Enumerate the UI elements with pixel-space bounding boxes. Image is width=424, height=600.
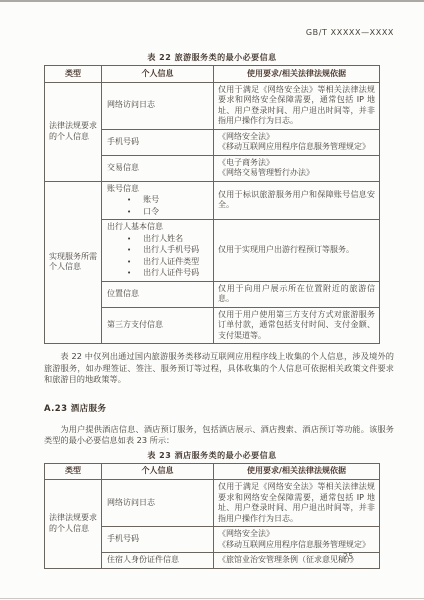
type-cell: 法律法规要求的个人信息 — [45, 82, 102, 181]
requirement-cell: 仅用于实现用户出游行程预订等服务。 — [214, 220, 380, 282]
requirement-cell: 仅用于向用户展示所在位置附近的旅游信息。 — [214, 281, 380, 307]
info-label: 位置信息 — [107, 289, 210, 300]
info-cell: 住宿人身份证件信息 — [102, 553, 214, 569]
info-label: 账号信息 — [107, 184, 210, 195]
requirement-cell: 《电子商务法》 《网络交易管理暂行办法》 — [214, 155, 380, 181]
column-header-personal-info: 个人信息 — [102, 66, 214, 83]
info-cell: 交易信息 — [102, 155, 214, 181]
page-top-rule — [0, 0, 424, 2]
bullet-label: 账号 — [143, 195, 159, 206]
type-cell: 法律法规要求的个人信息 — [45, 480, 102, 569]
info-label: 交易信息 — [107, 163, 210, 174]
table-22-header-row: 类型 个人信息 使用要求/相关法律法规依据 — [45, 66, 380, 83]
bullet-icon: • — [127, 257, 131, 268]
bullet-icon: • — [127, 207, 131, 218]
info-label: 网络访问日志 — [107, 498, 210, 509]
bullet-icon: • — [127, 234, 131, 245]
info-cell: 网络访问日志 — [102, 82, 214, 129]
column-header-requirement: 使用要求/相关法律法规依据 — [214, 66, 380, 83]
info-cell: 手机号码 — [102, 527, 214, 553]
bullet-label: 出行人证件类型 — [143, 257, 199, 268]
info-cell: 第三方支付信息 — [102, 307, 214, 344]
requirement-cell: 仅用于满足《网络安全法》等相关法律法规要求和网络安全保障需要，通常包括 IP 地… — [214, 480, 380, 527]
requirement-cell: 仅用于用户使用第三方支付方式对旅游服务订单付款，通常包括支付时间、支付金额、支付… — [214, 307, 380, 344]
bullet-label: 口令 — [143, 207, 159, 218]
info-cell: 位置信息 — [102, 281, 214, 307]
bullet-icon: • — [127, 245, 131, 256]
info-label: 手机号码 — [107, 137, 210, 148]
section-intro: 为用户提供酒店信息、酒店预订服务，包括酒店展示、酒店搜索、酒店预订等功能。该服务… — [44, 424, 394, 447]
table-22-note: 表 22 中仅列出通过国内旅游服务类移动互联网应用程序线上收集的个人信息，涉及境… — [44, 351, 394, 386]
info-cell: 手机号码 — [102, 129, 214, 155]
info-label: 手机号码 — [107, 534, 210, 545]
page-bottom-rule — [0, 598, 424, 599]
info-cell: 账号信息 •账号 •口令 — [102, 181, 214, 220]
column-header-personal-info: 个人信息 — [102, 463, 214, 480]
requirement-cell: 《网络安全法》 《移动互联网应用程序信息服务管理规定》 — [214, 129, 380, 155]
table-22-caption: 表 22 旅游服务类的最小必要信息 — [0, 52, 424, 63]
bullet-item: •出行人证件类型 — [107, 257, 210, 268]
table-23: 类型 个人信息 使用要求/相关法律法规依据 法律法规要求的个人信息 网络访问日志… — [44, 463, 380, 569]
bullet-label: 出行人姓名 — [143, 234, 183, 245]
document-page: GB/T XXXXX—XXXX 表 22 旅游服务类的最小必要信息 类型 个人信… — [0, 0, 424, 600]
info-cell: 网络访问日志 — [102, 480, 214, 527]
info-label: 出行人基本信息 — [107, 222, 210, 233]
info-label: 网络访问日志 — [107, 100, 210, 111]
bullet-item: •账号 — [107, 195, 210, 206]
requirement-cell: 仅用于标识旅游服务用户和保障账号信息安全。 — [214, 181, 380, 220]
bullet-icon: • — [127, 268, 131, 279]
table-row: 法律法规要求的个人信息 网络访问日志 仅用于满足《网络安全法》等相关法律法规要求… — [45, 82, 380, 129]
table-22: 类型 个人信息 使用要求/相关法律法规依据 法律法规要求的个人信息 网络访问日志… — [44, 65, 380, 344]
requirement-cell: 《旅馆业治安管理条例（征求意见稿）》 — [214, 553, 380, 569]
table-23-header-row: 类型 个人信息 使用要求/相关法律法规依据 — [45, 463, 380, 480]
column-header-requirement: 使用要求/相关法律法规依据 — [214, 463, 380, 480]
bullet-item: •口令 — [107, 207, 210, 218]
info-label: 住宿人身份证件信息 — [107, 555, 210, 566]
table-row: 法律法规要求的个人信息 网络访问日志 仅用于满足《网络安全法》等相关法律法规要求… — [45, 480, 380, 527]
column-header-type: 类型 — [45, 66, 102, 83]
bullet-label: 出行人手机号码 — [143, 245, 199, 256]
column-header-type: 类型 — [45, 463, 102, 480]
bullet-label: 出行人证件号码 — [143, 268, 199, 279]
page-number: 25 — [343, 552, 353, 561]
info-cell: 出行人基本信息 •出行人姓名 •出行人手机号码 •出行人证件类型 •出行人证件号… — [102, 220, 214, 282]
requirement-cell: 仅用于满足《网络安全法》等相关法律法规要求和网络安全保障需要，通常包括 IP 地… — [214, 82, 380, 129]
standard-number-header: GB/T XXXXX—XXXX — [306, 28, 394, 37]
page-content: 表 22 旅游服务类的最小必要信息 类型 个人信息 使用要求/相关法律法规依据 … — [0, 0, 424, 569]
table-23-caption: 表 23 酒店服务类的最小必要信息 — [0, 450, 424, 461]
bullet-item: •出行人证件号码 — [107, 268, 210, 279]
bullet-item: •出行人手机号码 — [107, 245, 210, 256]
bullet-item: •出行人姓名 — [107, 234, 210, 245]
info-label: 第三方支付信息 — [107, 320, 210, 331]
type-cell: 实现服务所需个人信息 — [45, 181, 102, 344]
requirement-cell: 《网络安全法》 《移动互联网应用程序信息服务管理规定》 — [214, 527, 380, 553]
table-row: 实现服务所需个人信息 账号信息 •账号 •口令 仅用于标识旅游服务用户和保障账号… — [45, 181, 380, 220]
bullet-icon: • — [127, 195, 131, 206]
section-heading-a23: A.23 酒店服务 — [44, 402, 424, 414]
